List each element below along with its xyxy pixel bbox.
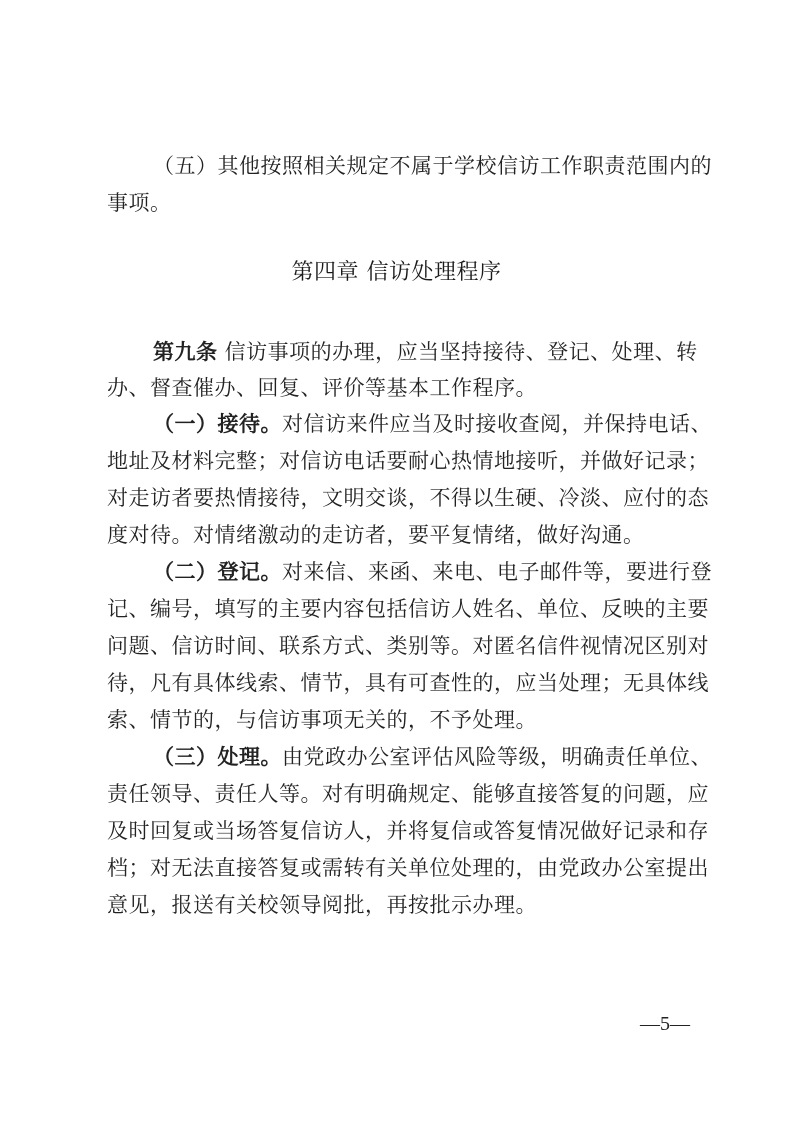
sub-2-text: 对来信、来函、来电、电子邮件等，要进行登 [282,560,712,584]
sub-1-line-2: 地址及材料完整；对信访电话要耐心热情地接听，并做好记录； [107,447,693,475]
sub-1-line-4: 度对待。对情绪激动的走访者，要平复情绪，做好沟通。 [107,521,693,549]
sub-3-line-2: 责任领导、责任人等。对有明确规定、能够直接答复的问题，应 [107,780,693,808]
sub-2-line-1: （二）登记。对来信、来函、来电、电子邮件等，要进行登 [153,558,693,586]
document-page: （五）其他按照相关规定不属于学校信访工作职责范围内的 事项。 第四章 信访处理程… [0,0,793,1122]
sub-3-text: 由党政办公室评估风险等级，明确责任单位、 [282,745,712,769]
sub-2-line-4: 待，凡有具体线索、情节，具有可查性的，应当处理；无具体线 [107,669,693,697]
article-9-line-1: 第九条 信访事项的办理，应当坚持接待、登记、处理、转 [153,338,693,366]
sub-2-label: （二）登记。 [153,560,282,584]
page-number: —5— [640,1010,690,1038]
sub-1-label: （一）接待。 [153,412,282,436]
sub-3-line-1: （三）处理。由党政办公室评估风险等级，明确责任单位、 [153,743,693,771]
item-5-line-1: （五）其他按照相关规定不属于学校信访工作职责范围内的 [153,152,693,180]
article-9-line-2: 办、督查催办、回复、评价等基本工作程序。 [107,374,693,402]
sub-1-text: 对信访来件应当及时接收查阅，并保持电话、 [282,412,712,436]
sub-1-line-1: （一）接待。对信访来件应当及时接收查阅，并保持电话、 [153,410,693,438]
item-5-line-2: 事项。 [107,189,693,217]
sub-2-line-5: 索、情节的，与信访事项无关的，不予处理。 [107,706,693,734]
chapter-title: 第四章 信访处理程序 [0,258,793,288]
sub-2-line-3: 问题、信访时间、联系方式、类别等。对匿名信件视情况区别对 [107,632,693,660]
sub-3-line-3: 及时回复或当场答复信访人，并将复信或答复情况做好记录和存 [107,817,693,845]
article-9-text: 信访事项的办理，应当坚持接待、登记、处理、转 [218,340,698,364]
sub-3-label: （三）处理。 [153,745,282,769]
sub-1-line-3: 对走访者要热情接待，文明交谈，不得以生硬、冷淡、应付的态 [107,484,693,512]
sub-2-line-2: 记、编号，填写的主要内容包括信访人姓名、单位、反映的主要 [107,595,693,623]
sub-3-line-5: 意见，报送有关校领导阅批，再按批示办理。 [107,891,693,919]
sub-3-line-4: 档；对无法直接答复或需转有关单位处理的，由党政办公室提出 [107,854,693,882]
article-9-heading: 第九条 [153,340,218,364]
